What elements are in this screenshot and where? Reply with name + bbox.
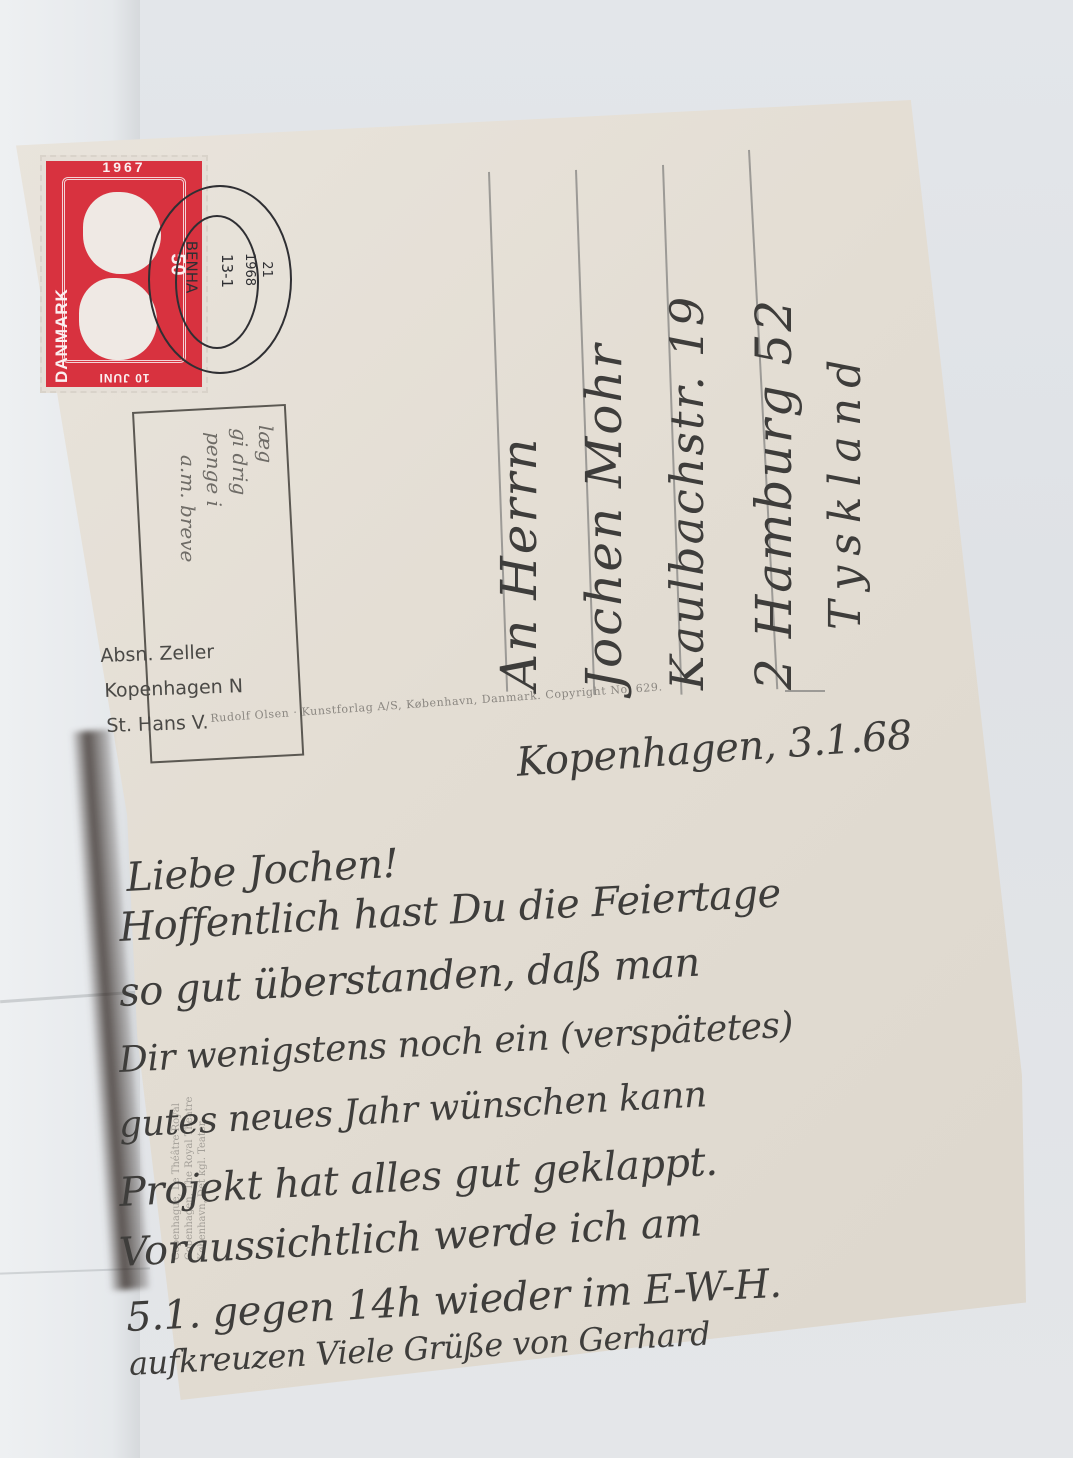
postmark-number: 21 [259,261,274,278]
stamp-date: 10 JUNI [46,371,202,385]
address-line [785,690,825,692]
stamp-country: DANMARK [52,233,72,383]
address-line: An Herrn [490,437,548,690]
stamp-portrait [79,278,157,360]
slogan-line: læg [254,425,278,463]
address-line: 2 Hamburg 52 [745,298,803,690]
slogan-line: a.m. breve [176,455,200,562]
postmark-date: 13-1 [218,254,236,288]
slogan-line: gi drig [228,428,252,495]
address-line: Kaulbachstr. 19 [660,295,714,690]
slogan-line: penge i [202,432,226,507]
address-line: Tyskland [820,350,871,630]
address-line: Jochen Mohr [575,343,633,690]
sender-line: St. Hans V. [106,711,209,737]
stamp-year: 1967 [46,159,202,175]
postmark-city: BENHA [182,241,200,294]
postmark-year: 1968 [242,253,257,286]
sender-line: Absn. Zeller [100,641,215,667]
